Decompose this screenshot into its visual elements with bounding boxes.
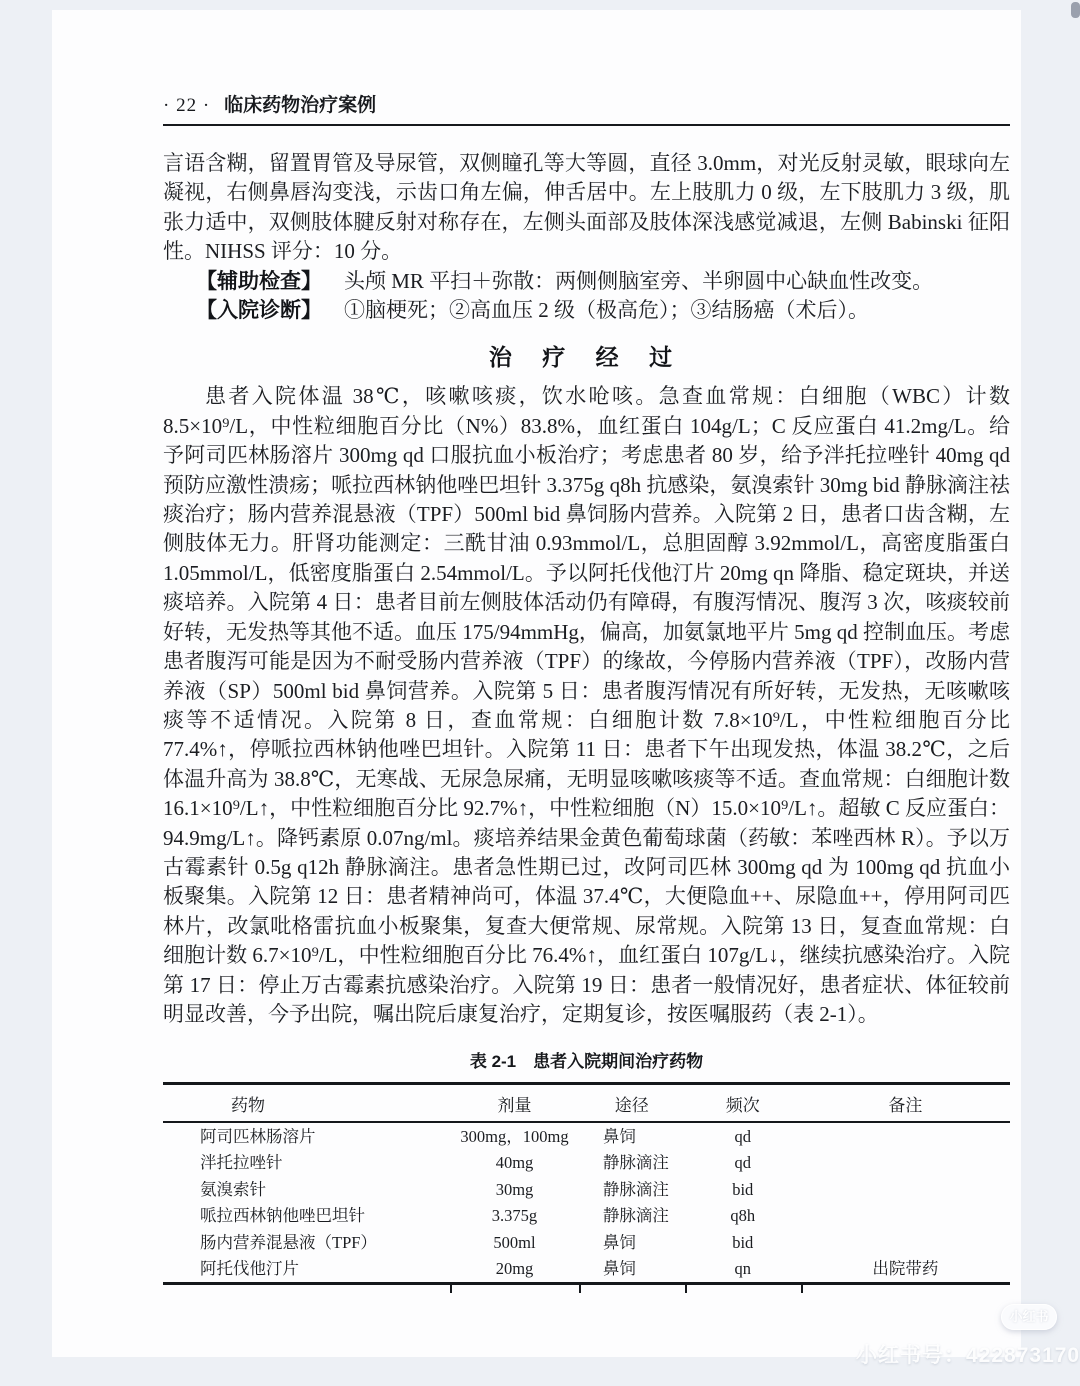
scrollbar-thumb[interactable] <box>1071 2 1080 18</box>
cell-drug: 阿司匹林肠溶片 <box>163 1122 450 1150</box>
column-divider-tick <box>801 1285 803 1293</box>
admission-diagnosis-line: 【入院诊断】①脑梗死；②高血压 2 级（极高危）；③结肠癌（术后）。 <box>163 296 1010 325</box>
table-row: 哌拉西林钠他唑巴坦针 3.375g 静脉滴注 q8h <box>163 1203 1010 1230</box>
column-divider-tick <box>450 1285 452 1293</box>
header-rule <box>163 124 1010 126</box>
col-header-drug: 药物 <box>163 1084 450 1123</box>
medication-table-wrap: 药物 剂量 途径 频次 备注 阿司匹林肠溶片 300mg，100mg 鼻饲 qd <box>163 1082 1010 1285</box>
cell-remark <box>801 1203 1010 1230</box>
col-header-remark: 备注 <box>801 1084 1010 1123</box>
cell-drug: 氨溴索针 <box>163 1176 450 1203</box>
cell-route: 静脉滴注 <box>579 1150 685 1177</box>
col-header-route: 途径 <box>579 1084 685 1123</box>
screenshot-root: · 22 ·临床药物治疗案例 言语含糊，留置胃管及导尿管，双侧瞳孔等大等圆，直径… <box>0 0 1080 1386</box>
running-header: · 22 ·临床药物治疗案例 <box>163 90 1010 126</box>
cell-drug: 哌拉西林钠他唑巴坦针 <box>163 1203 450 1230</box>
cell-dose: 30mg <box>450 1176 579 1203</box>
xiaohongshu-id-watermark: 小红书号：42287317076 <box>856 1339 1080 1369</box>
admission-diagnosis-text: ①脑梗死；②高血压 2 级（极高危）；③结肠癌（术后）。 <box>344 298 869 322</box>
table-row: 泮托拉唑针 40mg 静脉滴注 qd <box>163 1150 1010 1177</box>
col-header-frequency: 频次 <box>685 1084 801 1123</box>
column-divider-tick <box>579 1285 581 1293</box>
xiaohongshu-badge: 小红书 <box>1001 1304 1057 1330</box>
book-title: 临床药物治疗案例 <box>224 95 376 116</box>
table-row: 氨溴索针 30mg 静脉滴注 bid <box>163 1176 1010 1203</box>
cell-dose: 300mg，100mg <box>450 1122 579 1150</box>
table-row: 肠内营养混悬液（TPF） 500ml 鼻饲 bid <box>163 1229 1010 1256</box>
cell-drug: 泮托拉唑针 <box>163 1150 450 1177</box>
aux-exam-line: 【辅助检查】头颅 MR 平扫＋弥散：两侧侧脑室旁、半卵圆中心缺血性改变。 <box>163 267 1010 296</box>
cell-frequency: q8h <box>685 1203 801 1230</box>
page-number: · 22 · <box>163 95 210 116</box>
aux-exam-label: 【辅助检查】 <box>196 270 322 293</box>
page-content: · 22 ·临床药物治疗案例 言语含糊，留置胃管及导尿管，双侧瞳孔等大等圆，直径… <box>163 10 1010 1285</box>
cell-drug: 阿托伐他汀片 <box>163 1256 450 1284</box>
cell-frequency: bid <box>685 1176 801 1203</box>
cell-route: 静脉滴注 <box>579 1203 685 1230</box>
cell-frequency: bid <box>685 1229 801 1256</box>
cell-remark <box>801 1176 1010 1203</box>
table-row: 阿托伐他汀片 20mg 鼻饲 qn 出院带药 <box>163 1256 1010 1284</box>
cell-remark <box>801 1150 1010 1177</box>
cell-remark <box>801 1122 1010 1150</box>
table-row: 阿司匹林肠溶片 300mg，100mg 鼻饲 qd <box>163 1122 1010 1150</box>
cell-remark <box>801 1229 1010 1256</box>
continued-paragraph: 言语含糊，留置胃管及导尿管，双侧瞳孔等大等圆，直径 3.0mm，对光反射灵敏，眼… <box>163 149 1010 267</box>
cell-dose: 20mg <box>450 1256 579 1284</box>
admission-diagnosis-label: 【入院诊断】 <box>196 299 322 322</box>
cell-drug: 肠内营养混悬液（TPF） <box>163 1229 450 1256</box>
cell-route: 鼻饲 <box>579 1229 685 1256</box>
cell-frequency: qn <box>685 1256 801 1284</box>
column-divider-tick <box>685 1285 687 1293</box>
treatment-course-paragraph: 患者入院体温 38℃，咳嗽咳痰，饮水呛咳。急查血常规：白细胞（WBC）计数 8.… <box>163 382 1010 1029</box>
cell-dose: 500ml <box>450 1229 579 1256</box>
cell-route: 鼻饲 <box>579 1122 685 1150</box>
cell-dose: 3.375g <box>450 1203 579 1230</box>
table-caption: 表 2-1 患者入院期间治疗药物 <box>163 1047 1010 1072</box>
table-header-row: 药物 剂量 途径 频次 备注 <box>163 1084 1010 1123</box>
cell-route: 静脉滴注 <box>579 1176 685 1203</box>
book-page: · 22 ·临床药物治疗案例 言语含糊，留置胃管及导尿管，双侧瞳孔等大等圆，直径… <box>52 10 1021 1357</box>
col-header-dose: 剂量 <box>450 1084 579 1123</box>
cell-route: 鼻饲 <box>579 1256 685 1284</box>
cell-remark: 出院带药 <box>801 1256 1010 1284</box>
cell-frequency: qd <box>685 1122 801 1150</box>
cell-frequency: qd <box>685 1150 801 1177</box>
aux-exam-text: 头颅 MR 平扫＋弥散：两侧侧脑室旁、半卵圆中心缺血性改变。 <box>344 269 933 293</box>
medication-table: 药物 剂量 途径 频次 备注 阿司匹林肠溶片 300mg，100mg 鼻饲 qd <box>163 1082 1010 1285</box>
cell-dose: 40mg <box>450 1150 579 1177</box>
section-title: 治 疗 经 过 <box>163 339 1010 372</box>
